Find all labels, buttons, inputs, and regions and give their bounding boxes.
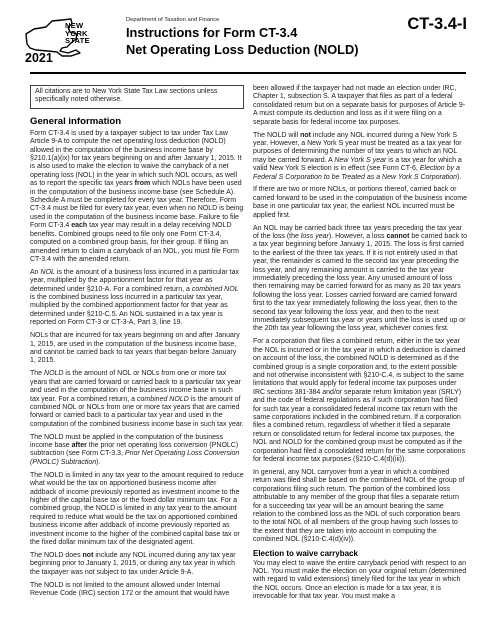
paragraph: The NOLD is the amount of NOL or NOLs fr… <box>30 370 244 429</box>
citations-note-box: All citations are to New York State Tax … <box>30 85 244 109</box>
paragraph: The NOLD is limited in any tax year to t… <box>30 472 244 548</box>
header-divider <box>30 72 466 74</box>
paragraph: been allowed if the taxpayer had not mad… <box>253 85 467 127</box>
paragraph: The NOLD must be applied in the computat… <box>30 434 244 468</box>
document-page: NEW YORK STATE 2021 Department of Taxati… <box>0 0 494 640</box>
section-heading-general-information: General information <box>30 116 244 127</box>
logo-line: STATE <box>65 37 90 45</box>
paragraph: For a corporation that files a combined … <box>253 338 467 464</box>
paragraph: In general, any NOL carryover from a yea… <box>253 469 467 545</box>
paragraph: The NOLD is not limited to the amount al… <box>30 582 244 599</box>
paragraph: NOLs that are incurred for tax years beg… <box>30 332 244 366</box>
paragraph: The NOLD does not include any NOL incurr… <box>30 552 244 577</box>
paragraph: The NOLD will not include any NOL incurr… <box>253 132 467 182</box>
paragraph: If there are two or more NOLs, or portio… <box>253 186 467 220</box>
section-heading-election-to-waive-carryback: Election to waive carryback <box>253 549 467 558</box>
paragraph: You may elect to waive the entire carryb… <box>253 560 467 602</box>
agency-name: Department of Taxation and Finance <box>126 17 219 23</box>
paragraph: An NOL may be carried back three tax yea… <box>253 225 467 334</box>
form-title-line1: Instructions for Form CT-3.4 <box>126 25 297 40</box>
logo-year: 2021 <box>25 51 53 65</box>
paragraph: Form CT-3.4 is used by a taxpayer subjec… <box>30 130 244 265</box>
body-columns: All citations are to New York State Tax … <box>30 85 467 606</box>
nys-logo: NEW YORK STATE 2021 <box>24 15 126 67</box>
form-code: CT-3.4-I <box>407 15 467 34</box>
right-column: been allowed if the taxpayer had not mad… <box>253 85 467 606</box>
paragraph: An NOL is the amount of a business loss … <box>30 269 244 328</box>
form-title-line2: Net Operating Loss Deduction (NOLD) <box>126 42 358 57</box>
left-column: All citations are to New York State Tax … <box>30 85 244 606</box>
logo-state-name: NEW YORK STATE <box>65 22 90 45</box>
